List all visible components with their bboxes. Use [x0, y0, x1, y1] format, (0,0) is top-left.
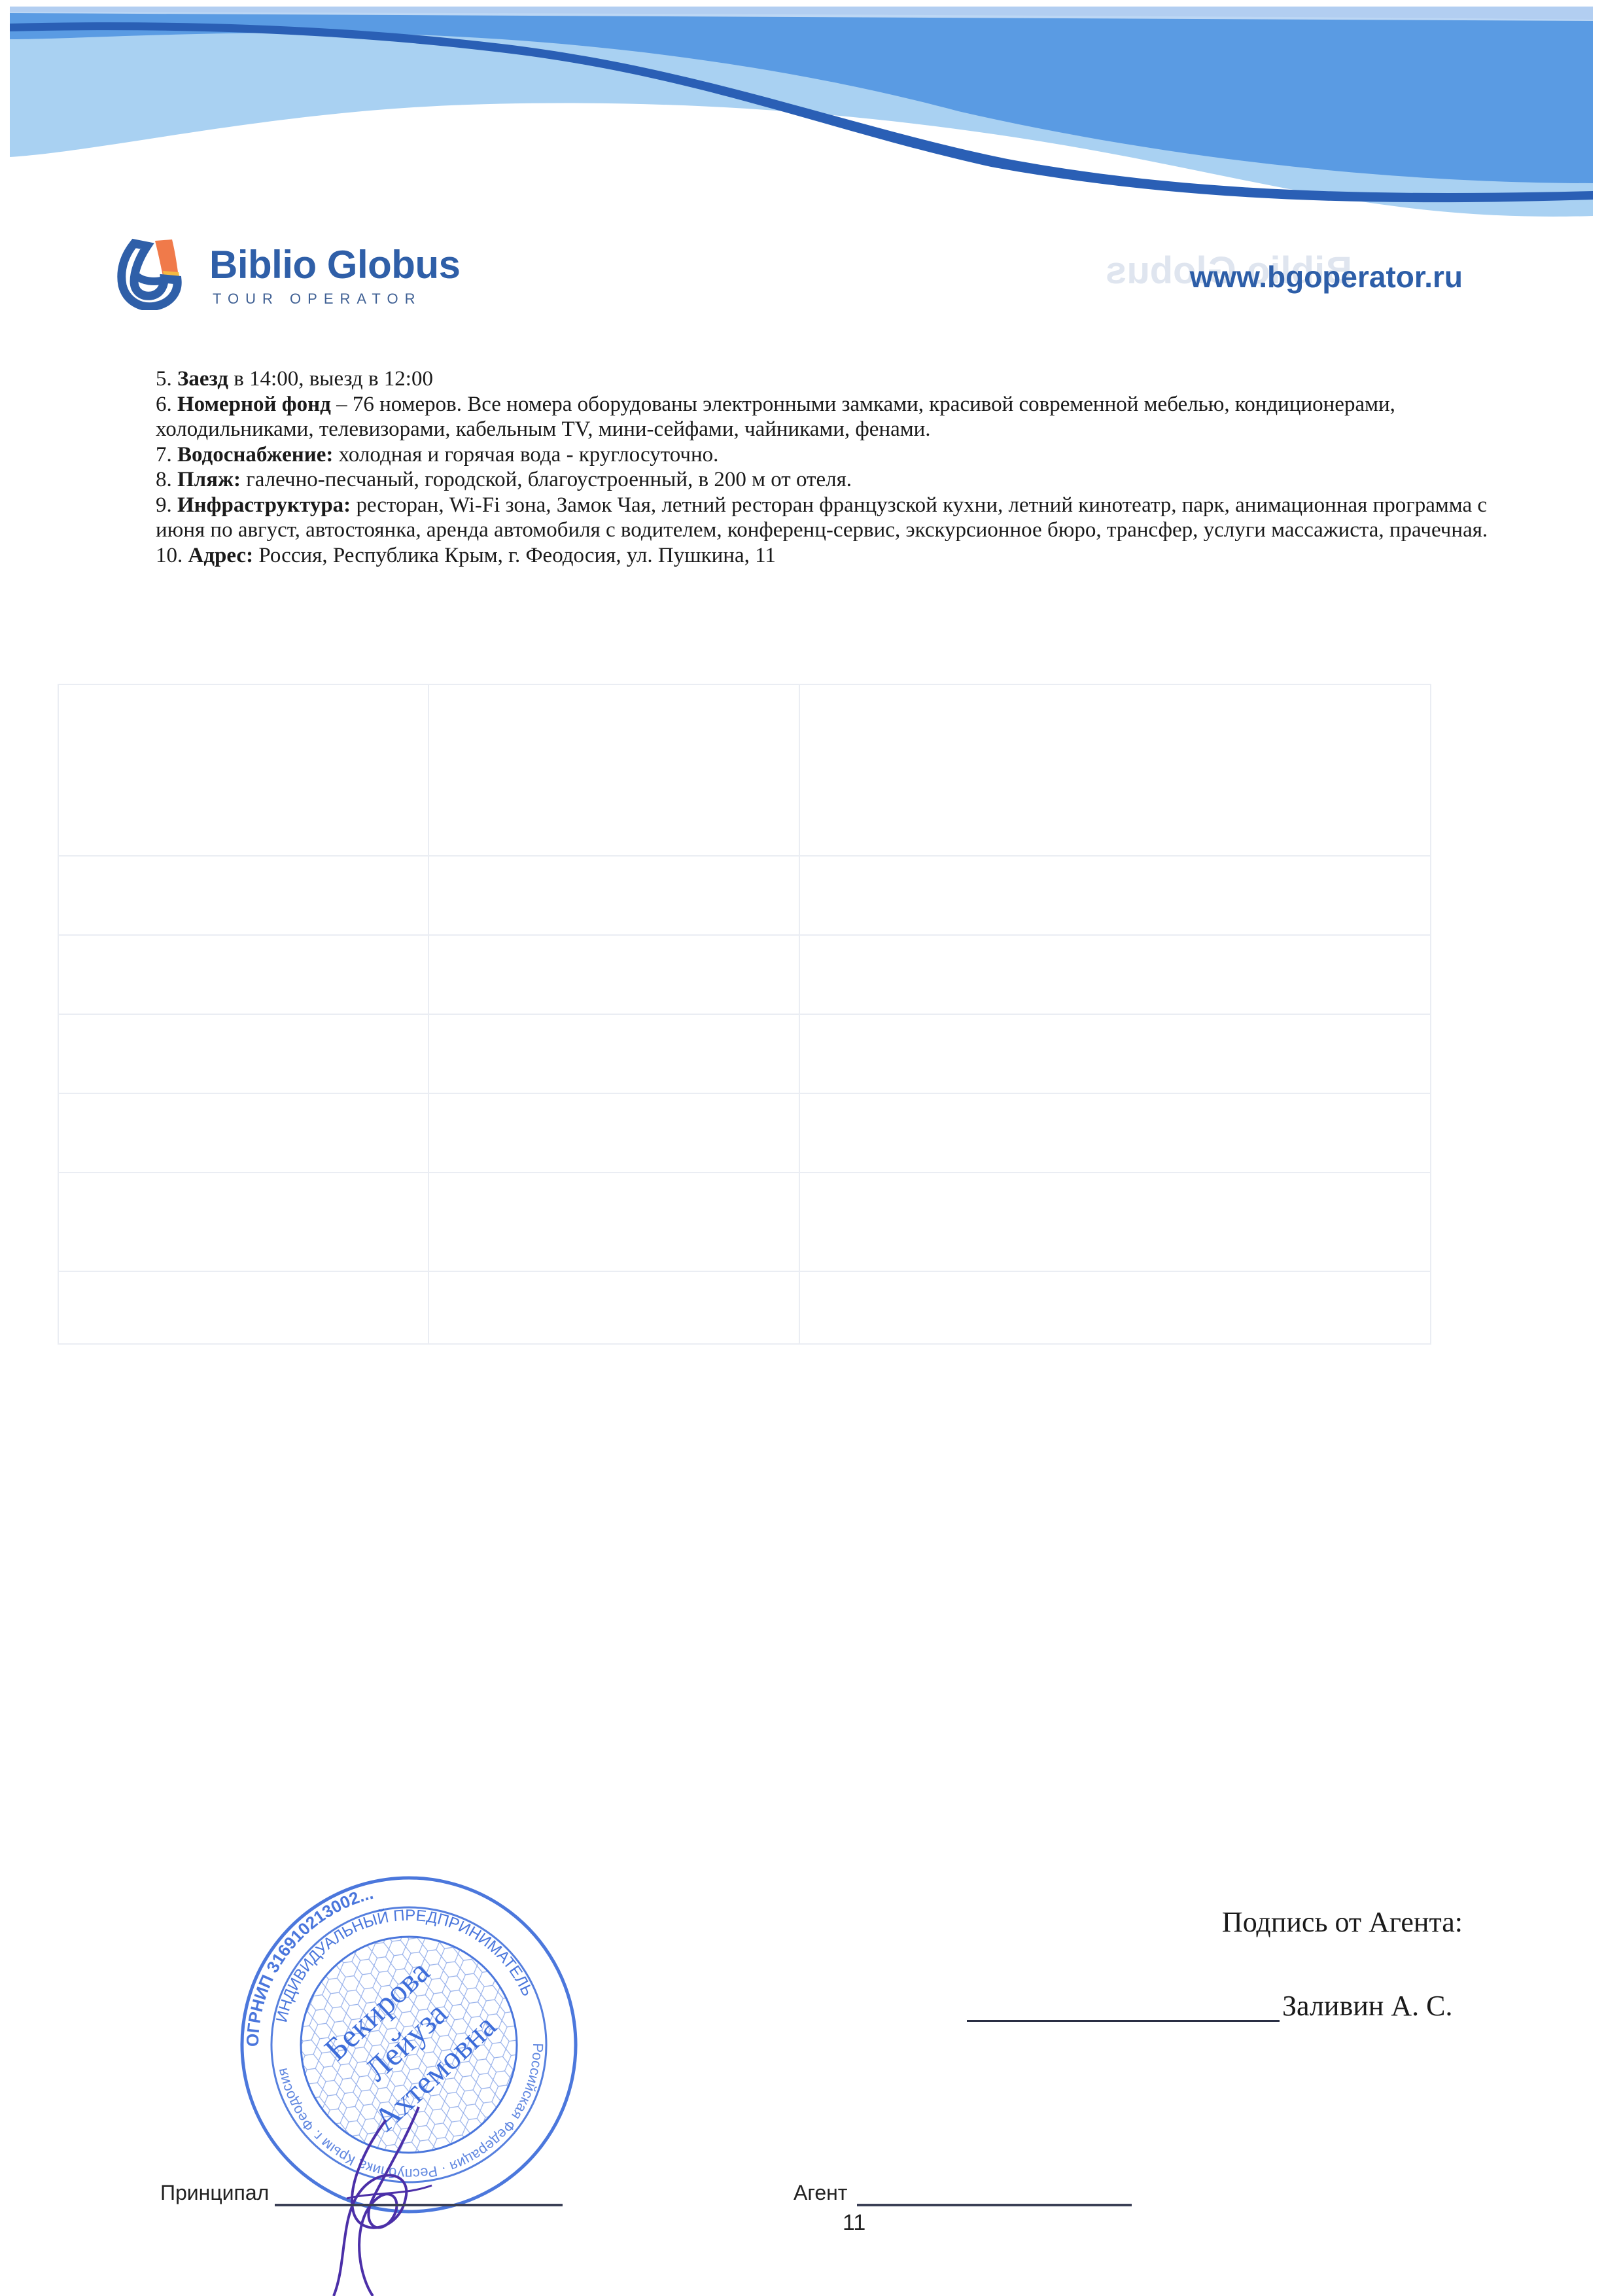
list-item-checkin: 5. Заезд в 14:00, выезд в 12:00: [156, 366, 1529, 392]
agent-label: Агент: [794, 2181, 847, 2205]
item-text: ресторан, Wi-Fi зона, Замок Чая, летний …: [156, 493, 1488, 542]
list-item-infrastructure: 9. Инфраструктура: ресторан, Wi-Fi зона,…: [156, 493, 1529, 543]
list-item-beach: 8. Пляж: галечно-песчаный, городской, бл…: [156, 467, 1529, 493]
item-text: в 14:00, выезд в 12:00: [228, 367, 433, 391]
agent-name: Заливин А. С.: [1282, 1989, 1452, 2022]
brand-logo: Biblio Globus TOUR OPERATOR: [114, 237, 481, 310]
agent-footer-signature-line: [857, 2204, 1132, 2206]
item-text: галечно-песчаный, городской, благоустрое…: [241, 468, 852, 491]
list-item-water-supply: 7. Водоснабжение: холодная и горячая вод…: [156, 442, 1529, 468]
principal-signature-line: [275, 2204, 563, 2206]
page-number: 11: [843, 2210, 865, 2236]
bleed-through-table: [58, 684, 1431, 1345]
item-text: Россия, Республика Крым, г. Феодосия, ул…: [253, 544, 776, 567]
principal-label: Принципал: [160, 2181, 269, 2205]
principal-signature-scribble: [307, 2081, 451, 2296]
item-text: холодная и горячая вода - круглосуточно.: [333, 443, 718, 467]
item-title: Пляж:: [177, 468, 241, 491]
item-title: Водоснабжение:: [177, 443, 333, 467]
agent-signature-line: [967, 2020, 1280, 2022]
list-item-address: 10. Адрес: Россия, Республика Крым, г. Ф…: [156, 543, 1529, 569]
agent-signature-label: Подпись от Агента:: [1222, 1905, 1463, 1939]
list-item-room-stock: 6. Номерной фонд – 76 номеров. Все номер…: [156, 392, 1529, 442]
website-link[interactable]: www.bgoperator.ru: [1190, 259, 1463, 294]
brand-tagline: TOUR OPERATOR: [213, 291, 421, 308]
header-wave-banner: [10, 7, 1593, 222]
item-title: Инфраструктура:: [177, 493, 351, 517]
item-title: Адрес:: [188, 544, 254, 567]
item-text: – 76 номеров. Все номера оборудованы эле…: [156, 393, 1395, 442]
item-title: Заезд: [177, 367, 228, 391]
hotel-description: 5. Заезд в 14:00, выезд в 12:00 6. Номер…: [156, 366, 1529, 568]
brand-name: Biblio Globus: [209, 242, 460, 287]
biblio-globus-logo-icon: [114, 237, 193, 310]
item-title: Номерной фонд: [177, 393, 331, 416]
